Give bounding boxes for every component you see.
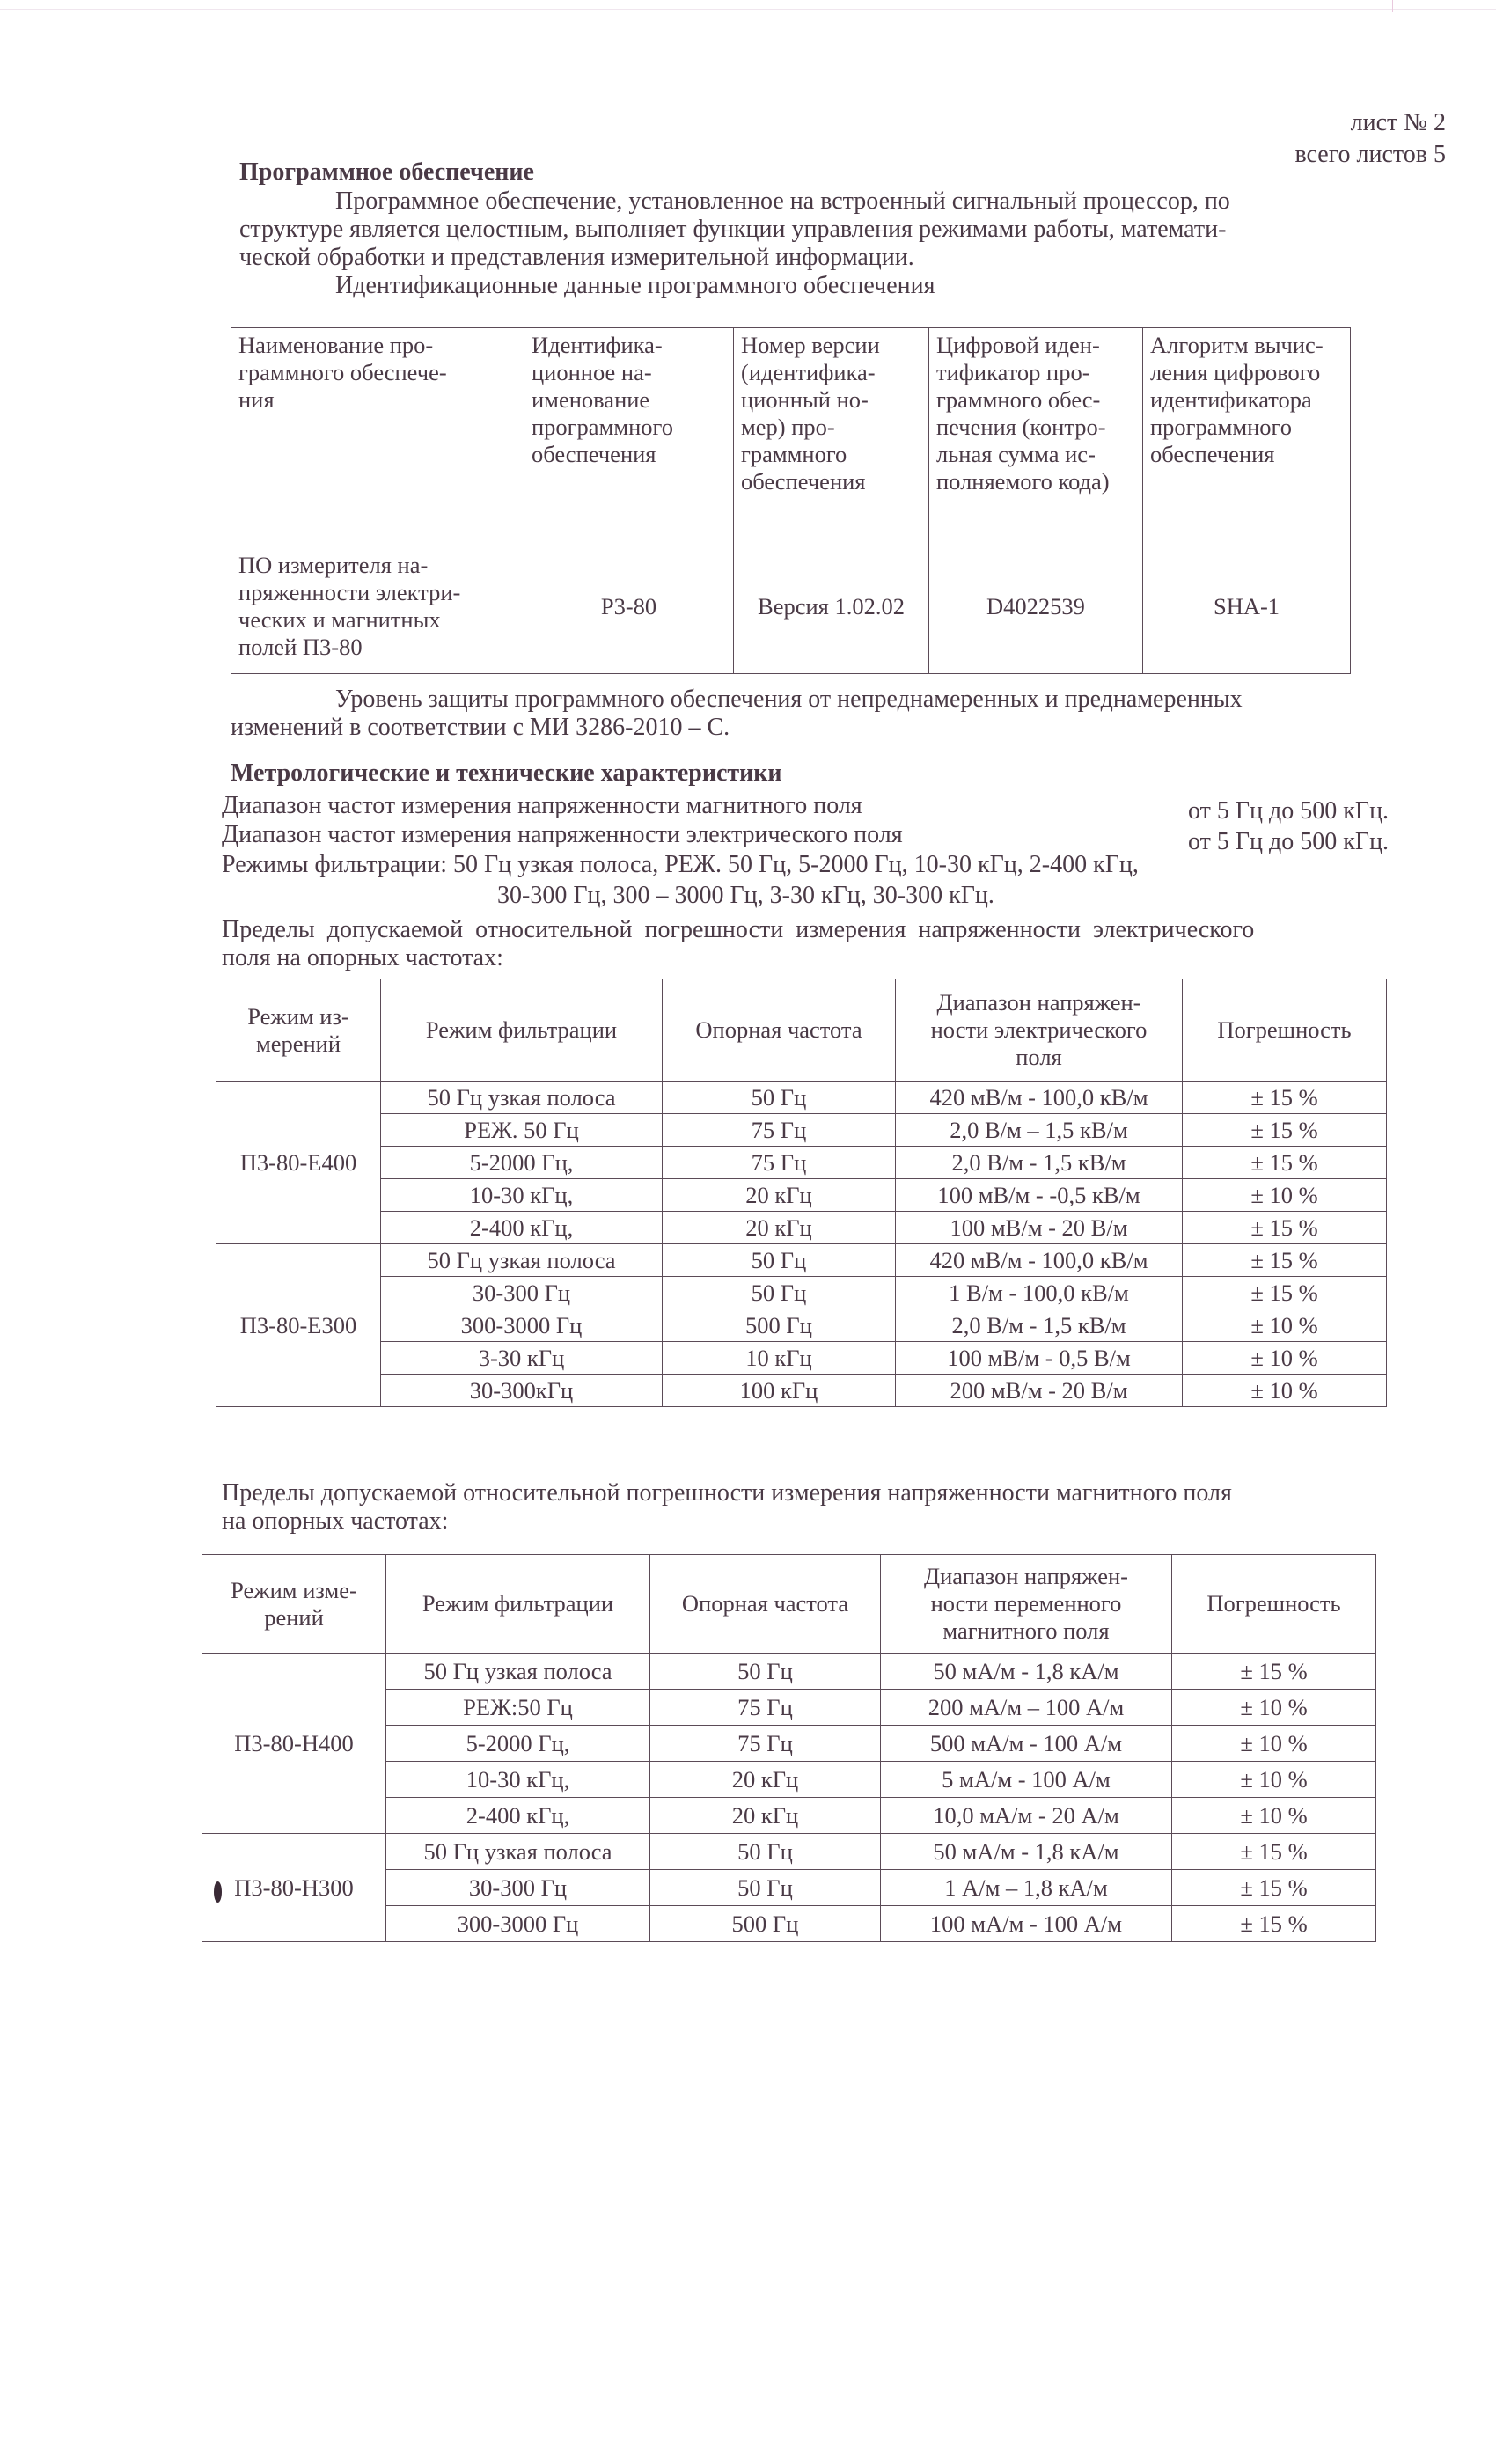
range-electric-value: от 5 Гц до 500 кГц. xyxy=(1188,827,1389,856)
cell-range: 100 мВ/м - 20 В/м xyxy=(896,1212,1183,1244)
electric-table-row: П3-80-Е30050 Гц узкая полоса50 Гц420 мВ/… xyxy=(216,1244,1387,1277)
magnetic-table-header-row: Режим изме-ренийРежим фильтрацииОпорная … xyxy=(202,1555,1376,1654)
cell-reference-frequency: 50 Гц xyxy=(663,1244,896,1277)
cell-reference-frequency: 20 кГц xyxy=(663,1179,896,1212)
protection-line-1: Уровень защиты программного обеспечения … xyxy=(335,685,1243,714)
electric-table-row: 2-400 кГц,20 кГц100 мВ/м - 20 В/м± 15 % xyxy=(216,1212,1387,1244)
cell-filter-mode: РЕЖ. 50 Гц xyxy=(381,1114,663,1147)
cell-range: 50 мА/м - 1,8 кА/м xyxy=(881,1654,1172,1690)
cell-reference-frequency: 100 кГц xyxy=(663,1375,896,1407)
cell-filter-mode: РЕЖ:50 Гц xyxy=(386,1690,650,1726)
header-filter-mode: Режим фильтрации xyxy=(386,1555,650,1654)
cell-filter-mode: 2-400 кГц, xyxy=(381,1212,663,1244)
cell-error: ± 15 % xyxy=(1172,1654,1376,1690)
cell-id-name: Р3-80 xyxy=(524,539,734,674)
cell-reference-frequency: 75 Гц xyxy=(663,1114,896,1147)
cell-range: 1 В/м - 100,0 кВ/м xyxy=(896,1277,1183,1309)
electric-caption-line-2: поля на опорных частотах: xyxy=(222,943,503,972)
cell-filter-mode: 5-2000 Гц, xyxy=(381,1147,663,1179)
cell-reference-frequency: 50 Гц xyxy=(650,1870,881,1906)
cell-error: ± 10 % xyxy=(1172,1798,1376,1834)
header-software-name: Наименование про-граммного обеспече-ния xyxy=(231,328,524,539)
header-digital-id: Цифровой иден-тификатор про-граммного об… xyxy=(929,328,1143,539)
cell-range: 500 мА/м - 100 А/м xyxy=(881,1726,1172,1762)
cell-error: ± 15 % xyxy=(1183,1244,1387,1277)
header-id-name: Идентифика-ционное на-именованиепрограмм… xyxy=(524,328,734,539)
magnetic-table-row: П3-80-Н30050 Гц узкая полоса50 Гц50 мА/м… xyxy=(202,1834,1376,1870)
header-reference-frequency: Опорная частота xyxy=(650,1555,881,1654)
electric-field-error-table: Режим из-меренийРежим фильтрацииОпорная … xyxy=(216,979,1387,1407)
header-measurement-mode: Режим из-мерений xyxy=(216,979,381,1082)
range-electric-label: Диапазон частот измерения напряженности … xyxy=(222,820,903,849)
software-table-header-row: Наименование про-граммного обеспече-ния … xyxy=(231,328,1351,539)
magnetic-field-error-table: Режим изме-ренийРежим фильтрацииОпорная … xyxy=(202,1554,1376,1942)
cell-error: ± 15 % xyxy=(1183,1277,1387,1309)
cell-range: 2,0 В/м - 1,5 кВ/м xyxy=(896,1309,1183,1342)
cell-version: Версия 1.02.02 xyxy=(734,539,929,674)
electric-caption-line-1: Пределы допускаемой относительной погреш… xyxy=(222,915,1254,944)
software-para-line-1: Программное обеспечение, установленное н… xyxy=(335,187,1230,216)
sheets-total: всего листов 5 xyxy=(1294,141,1446,169)
header-error: Погрешность xyxy=(1172,1555,1376,1654)
cell-filter-mode: 300-3000 Гц xyxy=(386,1906,650,1942)
software-para-line-3: ческой обработки и представления измерит… xyxy=(239,243,914,272)
electric-table-row: РЕЖ. 50 Гц75 Гц2,0 В/м – 1,5 кВ/м± 15 % xyxy=(216,1114,1387,1147)
header-measurement-mode: Режим изме-рений xyxy=(202,1555,386,1654)
electric-table-row: 300-3000 Гц500 Гц2,0 В/м - 1,5 кВ/м± 10 … xyxy=(216,1309,1387,1342)
cell-filter-mode: 50 Гц узкая полоса xyxy=(381,1244,663,1277)
electric-table-row: 30-300кГц100 кГц200 мВ/м - 20 В/м± 10 % xyxy=(216,1375,1387,1407)
cell-reference-frequency: 50 Гц xyxy=(650,1834,881,1870)
cell-filter-mode: 5-2000 Гц, xyxy=(386,1726,650,1762)
sheet-number: лист № 2 xyxy=(1351,109,1446,137)
electric-table-row: 5-2000 Гц,75 Гц2,0 В/м - 1,5 кВ/м± 15 % xyxy=(216,1147,1387,1179)
header-algorithm: Алгоритм вычис-ления цифровогоидентифика… xyxy=(1143,328,1351,539)
cell-error: ± 10 % xyxy=(1183,1375,1387,1407)
software-id-table: Наименование про-граммного обеспече-ния … xyxy=(231,327,1351,674)
cell-checksum: D4022539 xyxy=(929,539,1143,674)
magnetic-caption-line-2: на опорных частотах: xyxy=(222,1507,448,1536)
cell-reference-frequency: 75 Гц xyxy=(663,1147,896,1179)
cell-filter-mode: 30-300 Гц xyxy=(381,1277,663,1309)
header-reference-frequency: Опорная частота xyxy=(663,979,896,1082)
cell-reference-frequency: 10 кГц xyxy=(663,1342,896,1375)
header-error: Погрешность xyxy=(1183,979,1387,1082)
cell-error: ± 10 % xyxy=(1183,1309,1387,1342)
magnetic-table-row: П3-80-Н40050 Гц узкая полоса50 Гц50 мА/м… xyxy=(202,1654,1376,1690)
cell-reference-frequency: 20 кГц xyxy=(650,1798,881,1834)
cell-range: 420 мВ/м - 100,0 кВ/м xyxy=(896,1082,1183,1114)
cell-reference-frequency: 500 Гц xyxy=(650,1906,881,1942)
cell-reference-frequency: 75 Гц xyxy=(650,1690,881,1726)
cell-filter-mode: 3-30 кГц xyxy=(381,1342,663,1375)
cell-filter-mode: 2-400 кГц, xyxy=(386,1798,650,1834)
cell-measurement-mode: П3-80-Н400 xyxy=(202,1654,386,1834)
software-para-line-2: структуре является целостным, выполняет … xyxy=(239,215,1226,244)
cell-error: ± 10 % xyxy=(1172,1690,1376,1726)
cell-measurement-mode: П3-80-Е400 xyxy=(216,1082,381,1244)
scan-mark xyxy=(1392,0,1393,12)
cell-error: ± 10 % xyxy=(1172,1726,1376,1762)
cell-software-name: ПО измерителя на-пряженности электри-чес… xyxy=(231,539,524,674)
range-magnetic-value: от 5 Гц до 500 кГц. xyxy=(1188,796,1389,825)
magnetic-caption-line-1: Пределы допускаемой относительной погреш… xyxy=(222,1478,1232,1507)
cell-error: ± 15 % xyxy=(1172,1870,1376,1906)
cell-filter-mode: 300-3000 Гц xyxy=(381,1309,663,1342)
ink-mark xyxy=(214,1881,222,1903)
cell-range: 50 мА/м - 1,8 кА/м xyxy=(881,1834,1172,1870)
header-range: Диапазон напряжен-ности переменногомагни… xyxy=(881,1555,1172,1654)
cell-range: 100 мВ/м - -0,5 кВ/м xyxy=(896,1179,1183,1212)
electric-table-row: 30-300 Гц50 Гц1 В/м - 100,0 кВ/м± 15 % xyxy=(216,1277,1387,1309)
electric-table-row: П3-80-Е40050 Гц узкая полоса50 Гц420 мВ/… xyxy=(216,1082,1387,1114)
cell-reference-frequency: 75 Гц xyxy=(650,1726,881,1762)
software-table-row: ПО измерителя на-пряженности электри-чес… xyxy=(231,539,1351,674)
protection-line-2: изменений в соответствии с МИ 3286-2010 … xyxy=(231,713,730,742)
cell-filter-mode: 10-30 кГц, xyxy=(386,1762,650,1798)
software-table-caption: Идентификационные данные программного об… xyxy=(335,271,935,300)
cell-range: 200 мВ/м - 20 В/м xyxy=(896,1375,1183,1407)
cell-filter-mode: 10-30 кГц, xyxy=(381,1179,663,1212)
page-top-edge xyxy=(0,0,1496,10)
cell-error: ± 15 % xyxy=(1183,1114,1387,1147)
cell-measurement-mode: П3-80-Н300 xyxy=(202,1834,386,1942)
range-magnetic-label: Диапазон частот измерения напряженности … xyxy=(222,791,862,820)
cell-filter-mode: 30-300 Гц xyxy=(386,1870,650,1906)
cell-filter-mode: 50 Гц узкая полоса xyxy=(381,1082,663,1114)
header-filter-mode: Режим фильтрации xyxy=(381,979,663,1082)
software-heading: Программное обеспечение xyxy=(239,158,534,187)
filter-modes-line-2: 30-300 Гц, 300 – 3000 Гц, 3-30 кГц, 30-3… xyxy=(497,881,994,910)
cell-error: ± 15 % xyxy=(1172,1834,1376,1870)
cell-reference-frequency: 20 кГц xyxy=(663,1212,896,1244)
cell-error: ± 15 % xyxy=(1172,1906,1376,1942)
electric-table-header-row: Режим из-меренийРежим фильтрацииОпорная … xyxy=(216,979,1387,1082)
cell-reference-frequency: 50 Гц xyxy=(663,1082,896,1114)
cell-filter-mode: 50 Гц узкая полоса xyxy=(386,1654,650,1690)
cell-filter-mode: 50 Гц узкая полоса xyxy=(386,1834,650,1870)
cell-filter-mode: 30-300кГц xyxy=(381,1375,663,1407)
header-version: Номер версии(идентифика-ционный но-мер) … xyxy=(734,328,929,539)
cell-error: ± 10 % xyxy=(1183,1342,1387,1375)
cell-reference-frequency: 500 Гц xyxy=(663,1309,896,1342)
electric-table-row: 3-30 кГц10 кГц100 мВ/м - 0,5 В/м± 10 % xyxy=(216,1342,1387,1375)
electric-table-row: 10-30 кГц,20 кГц100 мВ/м - -0,5 кВ/м± 10… xyxy=(216,1179,1387,1212)
cell-error: ± 15 % xyxy=(1183,1147,1387,1179)
cell-range: 5 мА/м - 100 А/м xyxy=(881,1762,1172,1798)
cell-error: ± 15 % xyxy=(1183,1082,1387,1114)
cell-reference-frequency: 20 кГц xyxy=(650,1762,881,1798)
cell-range: 2,0 В/м – 1,5 кВ/м xyxy=(896,1114,1183,1147)
cell-error: ± 10 % xyxy=(1183,1179,1387,1212)
cell-range: 200 мА/м – 100 А/м xyxy=(881,1690,1172,1726)
cell-range: 100 мВ/м - 0,5 В/м xyxy=(896,1342,1183,1375)
header-range: Диапазон напряжен-ности электрическогопо… xyxy=(896,979,1183,1082)
filter-modes-line-1: Режимы фильтрации: 50 Гц узкая полоса, Р… xyxy=(222,850,1139,879)
cell-algorithm: SHA-1 xyxy=(1143,539,1351,674)
cell-range: 10,0 мА/м - 20 А/м xyxy=(881,1798,1172,1834)
cell-range: 100 мА/м - 100 А/м xyxy=(881,1906,1172,1942)
cell-error: ± 10 % xyxy=(1172,1762,1376,1798)
cell-reference-frequency: 50 Гц xyxy=(650,1654,881,1690)
cell-range: 2,0 В/м - 1,5 кВ/м xyxy=(896,1147,1183,1179)
cell-error: ± 15 % xyxy=(1183,1212,1387,1244)
cell-range: 420 мВ/м - 100,0 кВ/м xyxy=(896,1244,1183,1277)
metrology-heading: Метрологические и технические характерис… xyxy=(231,759,782,788)
cell-range: 1 А/м – 1,8 кА/м xyxy=(881,1870,1172,1906)
cell-measurement-mode: П3-80-Е300 xyxy=(216,1244,381,1407)
cell-reference-frequency: 50 Гц xyxy=(663,1277,896,1309)
